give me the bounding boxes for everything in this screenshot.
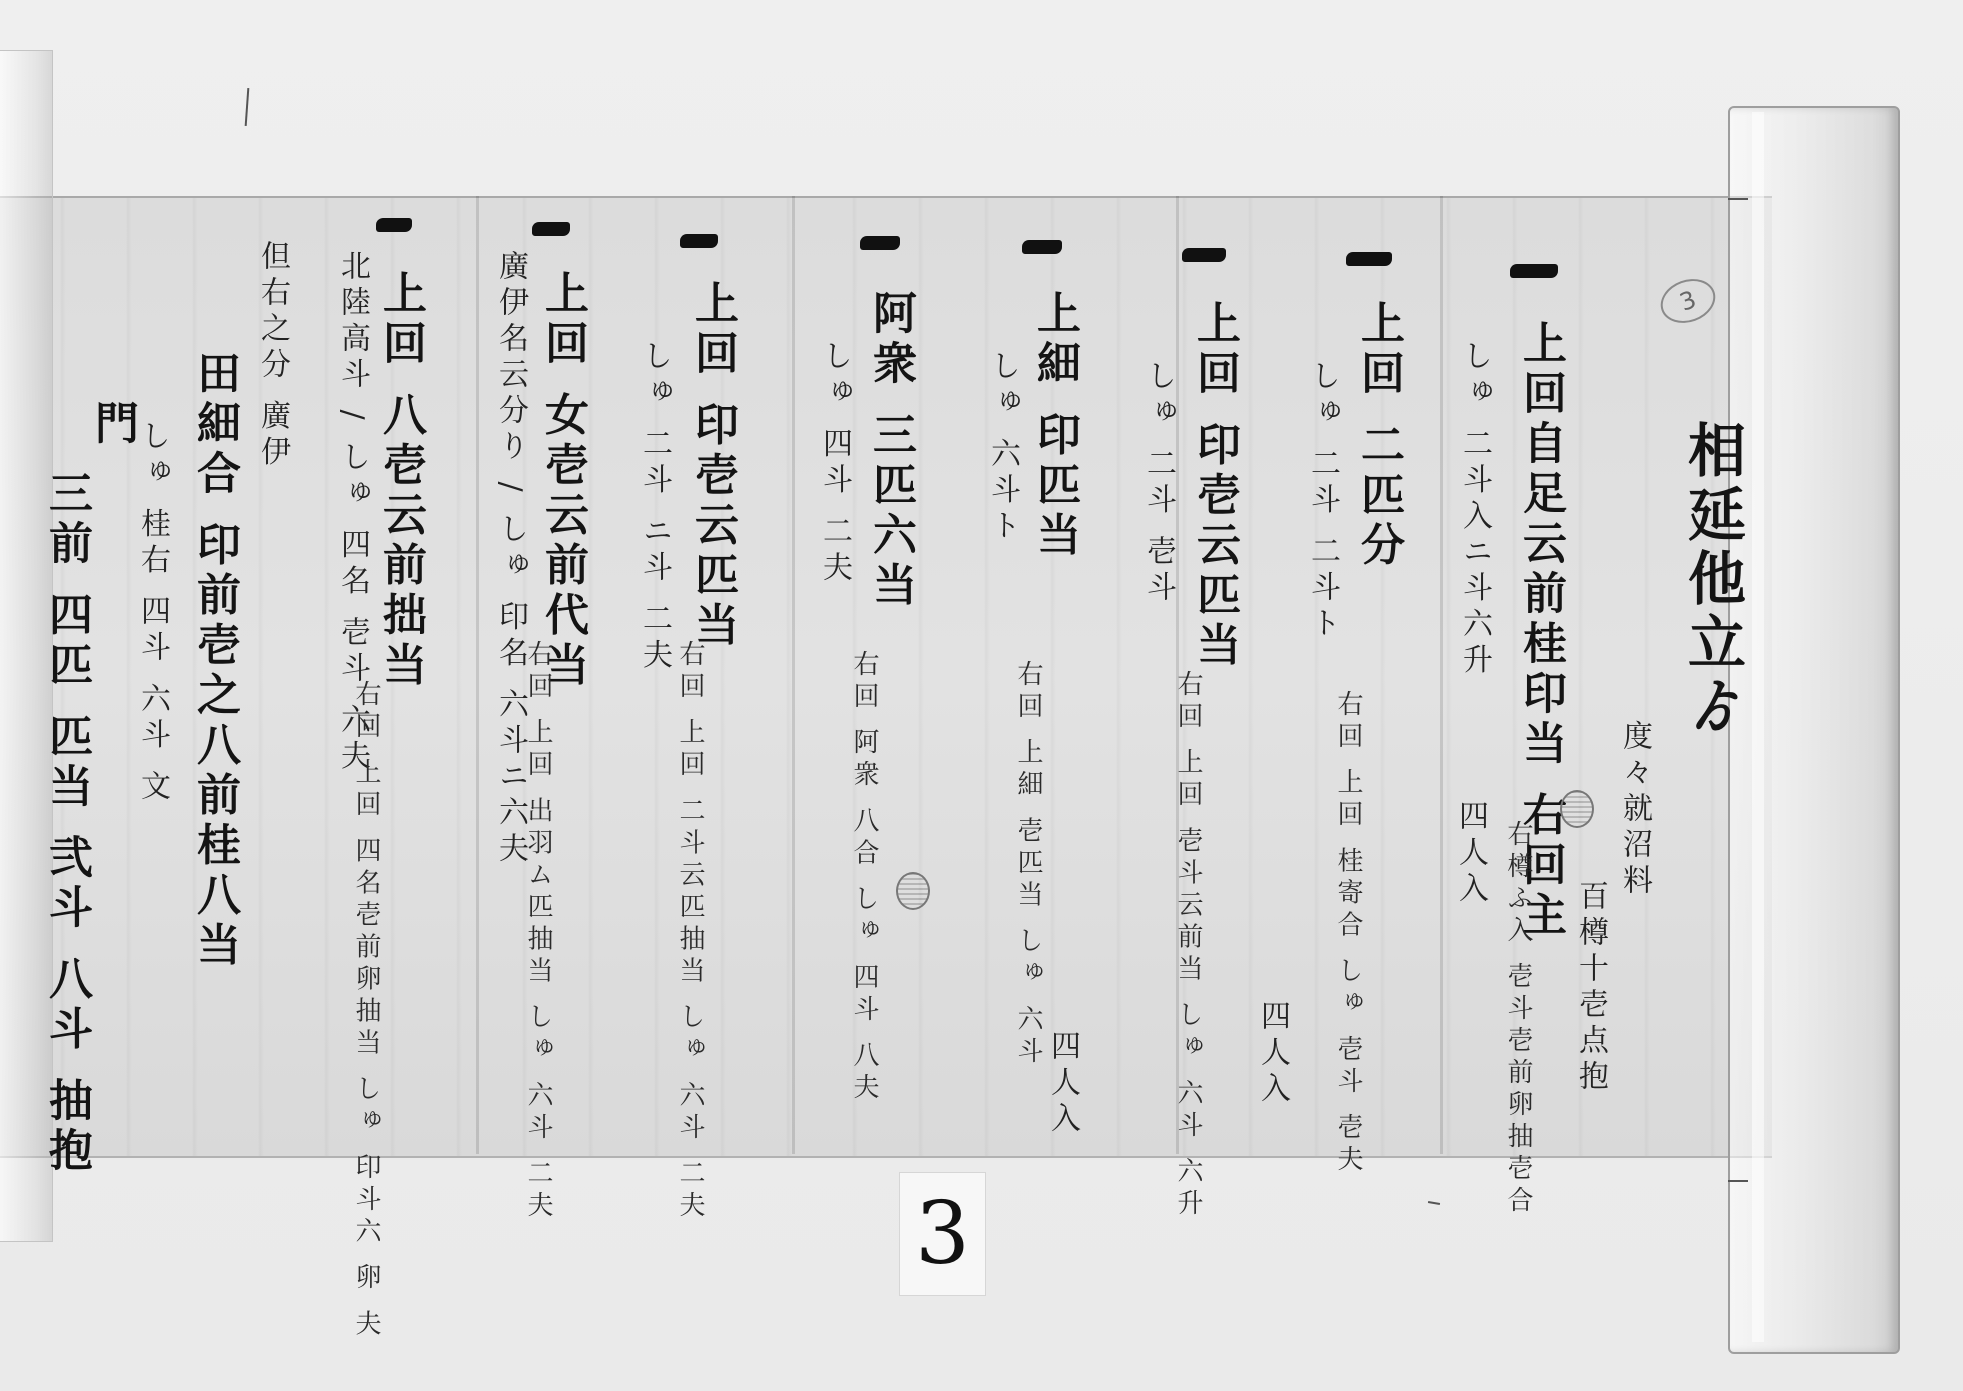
item-note-text: 右回 上回 出羽ム匹抽当 しゅ 六斗 二夫 [520,640,557,1223]
header-line: 度々就沼料 [1612,720,1656,900]
paper-seam [1440,196,1443,1154]
header-line: 百樽十壱点抱 [1568,880,1612,1096]
alignment-tick [1728,1180,1748,1182]
item-note-text: 右樽ふ入 壱斗壱前卵抽壱合 [1500,820,1537,1218]
item-mark-icon [1510,264,1558,278]
closing-line: 三前 四匹 匹当 弐斗 八斗 抽抱 [34,470,98,1177]
item-note-text: 右回 上細 壱匹当 しゅ 六斗 [1010,660,1047,1069]
alignment-tick [1728,198,1748,200]
item-sub-text: しゅ 二斗 二斗ト [1300,360,1344,643]
item-main-text: 上回 女壱云前代当 [530,270,594,691]
ink-seal [896,872,930,910]
item-main-text: 上細 印匹当 [1022,290,1086,561]
item-mark-icon [1346,252,1392,266]
paper-seam [476,196,479,1154]
closing-mark: 門 [80,400,144,450]
closing-line: しゅ 桂右 四斗 六斗 文 [130,420,174,806]
item-note-text: 右回 阿衆 八合 しゅ 四斗 八夫 [846,650,883,1105]
item-sub-text: しゅ 二斗入ニ斗六升 [1452,340,1496,680]
item-sub-text: しゅ 二斗 壱斗 [1136,360,1180,607]
item-sub-text: しゅ 二斗 ニ斗 二夫 [632,340,676,675]
item-main-text: 上回 印壱云匹当 [1182,300,1246,671]
item-mark-icon [376,218,412,232]
item-main-text: 阿衆 三匹六当 [858,290,922,611]
item-suffix: 四人入 [1250,1000,1294,1108]
item-main-text: 上回 八壱云前拙当 [368,270,432,691]
item-main-text: 上回 印壱云匹当 [680,280,744,651]
item-mark-icon [532,222,570,236]
document-title: 相延他立ゟ [1670,420,1754,740]
item-suffix: 四人入 [1448,800,1492,908]
item-suffix: 四人入 [1040,1030,1084,1138]
item-note-text: 右回 上回 壱斗云前当 しゅ 六斗 六升 [1170,670,1207,1221]
item-note-text: 右回 上回 桂寄合 しゅ 壱斗 壱夫 [1330,690,1367,1177]
ink-seal [1560,790,1594,828]
paper-seam [792,196,795,1154]
item-main-text: 上回 二匹分 [1346,300,1410,571]
closing-line: 田細合 印前壱之八前桂八当 [182,350,246,971]
item-note-text: 右回 上回 二斗云匹抽当 しゅ 六斗 二夫 [672,640,709,1223]
photo-number-card: 3 [899,1172,986,1296]
item-mark-icon [1182,248,1226,262]
item-mark-icon [860,236,900,250]
item-sub-text: しゅ 六斗ト [980,350,1024,546]
item-sub-text: しゅ 四斗 二夫 [812,340,856,587]
proviso-text: 但右之分 廣伊 [250,240,294,472]
item-mark-icon [680,234,718,248]
item-note-text: 右回 上回 四名壱前卵抽当 しゅ 印斗六 卵 夫 [348,680,385,1342]
item-mark-icon [1022,240,1062,254]
